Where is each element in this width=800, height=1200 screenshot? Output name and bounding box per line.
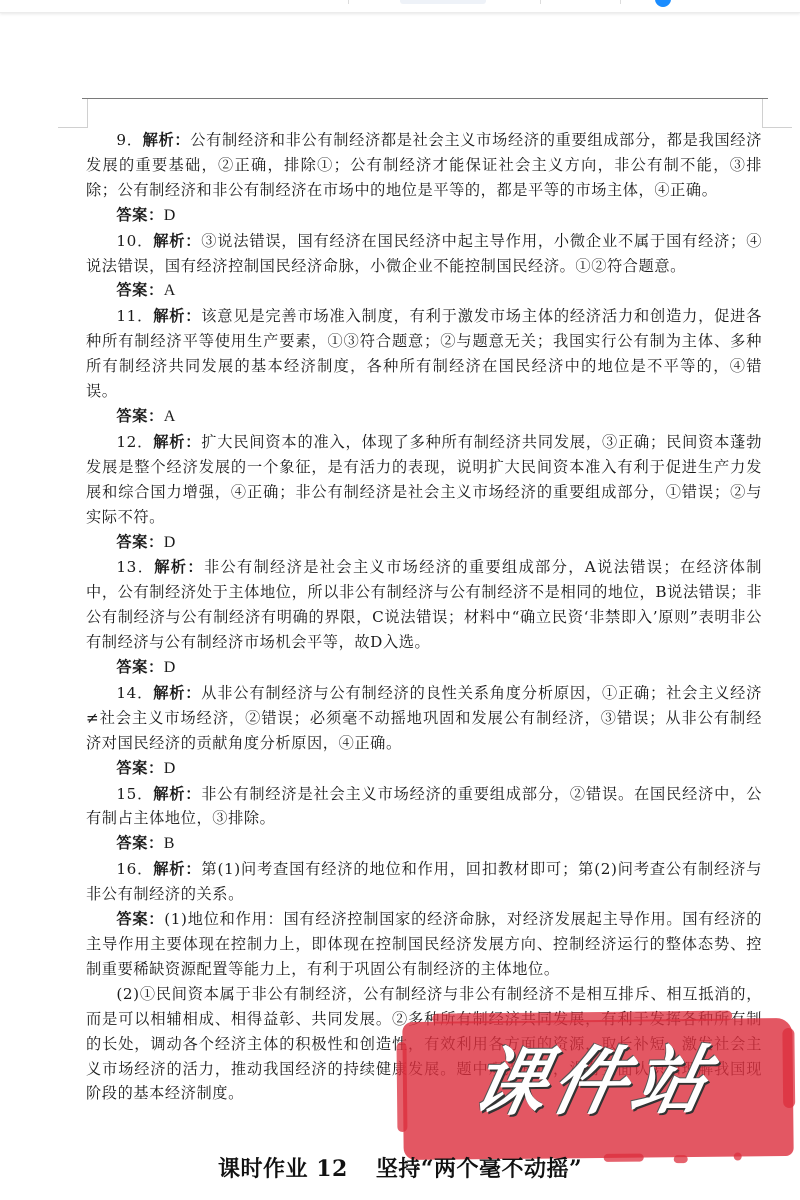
section-title: 坚持“两个毫不动摇” [376, 1156, 582, 1182]
page-header-rule [82, 98, 768, 99]
answer-text: (1)地位和作用：国有经济控制国家的经济命脉，对经济发展起主导作用。国有经济的主… [86, 910, 762, 978]
question-number: 14． [116, 684, 153, 702]
answer-11: 答案：A [86, 404, 762, 430]
analysis-label: 解析： [153, 684, 201, 702]
document-body: 9．解析：公有制经济和非公有制经济都是社会主义市场经济的重要组成部分，都是我国经… [86, 128, 762, 1106]
analysis-12: 12．解析：扩大民间资本的准入，体现了多种所有制经济共同发展，③正确；民间资本蓬… [86, 430, 762, 530]
answer-label: 答案： [116, 206, 163, 224]
analysis-label: 解析： [154, 558, 204, 576]
user-avatar-icon[interactable] [655, 0, 671, 7]
crop-mark [87, 99, 88, 127]
answer-label: 答案： [116, 281, 163, 299]
answer-label: 答案： [116, 533, 163, 551]
answer-value: B [164, 835, 175, 852]
section-number: 12 [316, 1156, 348, 1182]
answer-label: 答案： [116, 910, 164, 928]
answer-15: 答案：B [86, 831, 762, 857]
answer-value: D [164, 207, 176, 224]
answer-label: 答案： [116, 407, 163, 425]
stamp-edge [604, 1154, 644, 1162]
answer-value: D [164, 659, 176, 676]
analysis-label: 解析： [153, 785, 201, 803]
analysis-9: 9．解析：公有制经济和非公有制经济都是社会主义市场经济的重要组成部分，都是我国经… [86, 128, 762, 203]
answer-value: A [164, 282, 176, 299]
question-number: 16． [116, 860, 153, 878]
browser-toolbar [0, 0, 800, 13]
question-number: 15． [116, 785, 153, 803]
analysis-label: 解析： [143, 131, 191, 149]
analysis-label: 解析： [153, 860, 201, 878]
toolbar-tab[interactable] [400, 0, 486, 4]
watermark-text: 课件站 [435, 1040, 751, 1123]
next-section-title: 课时作业 12坚持“两个毫不动摇” [218, 1152, 582, 1183]
answer-16-part1: 答案：(1)地位和作用：国有经济控制国家的经济命脉，对经济发展起主导作用。国有经… [86, 907, 762, 982]
analysis-13: 13．解析：非公有制经济是社会主义市场经济的重要组成部分，A说法错误；在经济体制… [86, 555, 762, 655]
question-number: 9． [116, 131, 142, 149]
crop-mark [762, 127, 792, 128]
analysis-label: 解析： [153, 232, 201, 250]
stamp-edge [782, 1028, 795, 1108]
stamp-edge [674, 1155, 688, 1163]
analysis-label: 解析： [153, 307, 201, 325]
analysis-16: 16．解析：第(1)问考查国有经济的地位和作用，回扣教材即可；第(2)问考查公有… [86, 857, 762, 907]
crop-mark [58, 127, 88, 128]
toolbar-separator [348, 0, 349, 4]
question-number: 13． [116, 558, 154, 576]
answer-value: D [164, 760, 176, 777]
analysis-10: 10．解析：③说法错误，国有经济在国民经济中起主导作用，小微企业不属于国有经济；… [86, 229, 762, 279]
stamp-edge [734, 1152, 742, 1160]
answer-label: 答案： [116, 658, 163, 676]
question-number: 10． [116, 232, 153, 250]
analysis-15: 15．解析：非公有制经济是社会主义市场经济的重要组成部分，②错误。在国民经济中，… [86, 782, 762, 832]
crop-mark [762, 99, 763, 127]
question-number: 11． [116, 307, 153, 325]
analysis-label: 解析： [153, 433, 201, 451]
toolbar-separator [620, 0, 621, 4]
toolbar-separator [540, 0, 541, 4]
watermark-stamp: 课件站 [402, 1018, 793, 1160]
stamp-edge [432, 1011, 732, 1024]
answer-label: 答案： [116, 759, 163, 777]
question-number: 12． [116, 433, 153, 451]
answer-12: 答案：D [86, 530, 762, 556]
section-prefix: 课时作业 [218, 1156, 308, 1182]
analysis-11: 11．解析：该意见是完善市场准入制度，有利于激发市场主体的经济活力和创造力，促进… [86, 304, 762, 404]
answer-9: 答案：D [86, 203, 762, 229]
answer-value: A [164, 408, 176, 425]
answer-value: D [164, 534, 176, 551]
stamp-edge [396, 1042, 407, 1132]
answer-13: 答案：D [86, 655, 762, 681]
answer-10: 答案：A [86, 278, 762, 304]
answer-14: 答案：D [86, 756, 762, 782]
analysis-14: 14．解析：从非公有制经济与公有制经济的良性关系角度分析原因，①正确；社会主义经… [86, 681, 762, 756]
answer-label: 答案： [116, 834, 163, 852]
